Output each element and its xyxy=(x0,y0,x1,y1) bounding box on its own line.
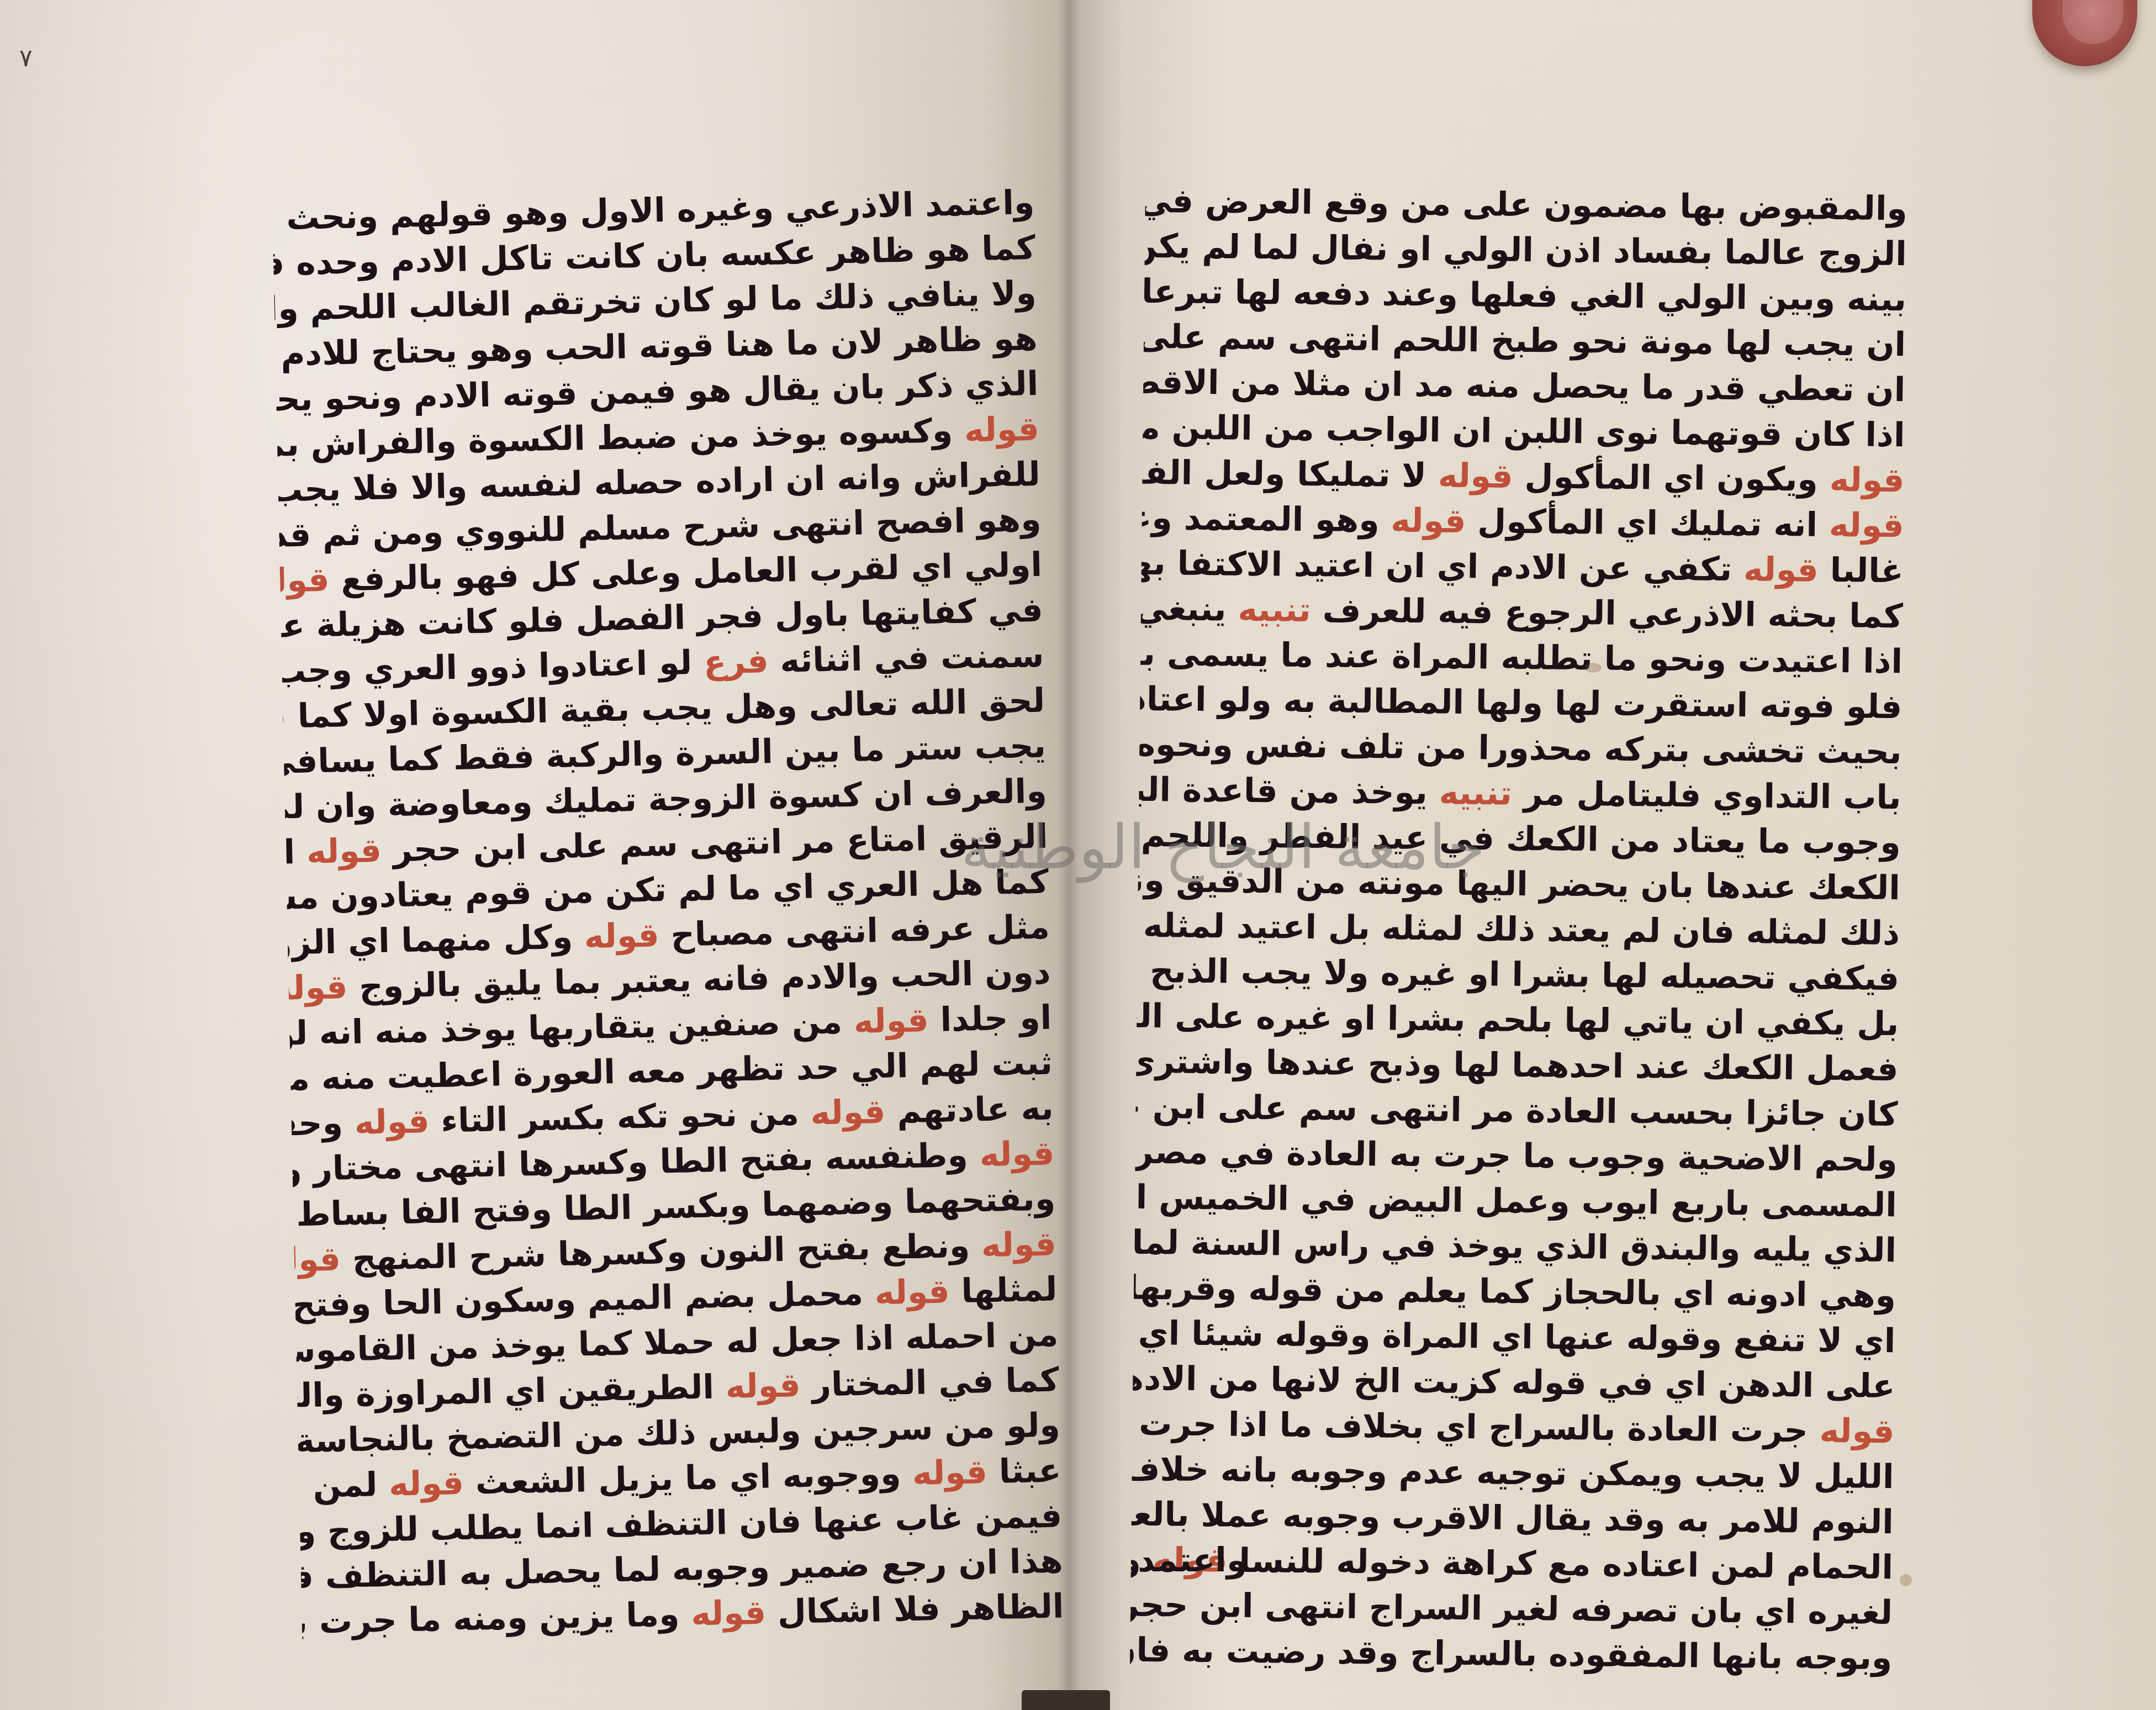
rubric-word: قوله xyxy=(1743,550,1819,589)
rubric-word: قوله xyxy=(1438,456,1513,495)
text-segment: الليل لا يجب ويمكن توجيه عدم وجوبه بانه … xyxy=(1132,1447,1894,1496)
text-segment: وهي ادونه اي بالحجاز كما يعلم من قوله وق… xyxy=(1134,1267,1896,1315)
text-line: فعمل الكعك عند احدهما لها وذبح عندها واش… xyxy=(1136,1039,1899,1092)
text-line: اي لا تنفع وقوله عنها اي المراة وقوله شي… xyxy=(1133,1311,1896,1364)
manuscript-spread: ٧ واعتمد الاذرعي وغيره الاول وهو قولهم و… xyxy=(0,0,2156,1710)
rubric-word: قوله xyxy=(1391,502,1466,541)
rubric-word: قوله xyxy=(388,1464,464,1504)
text-segment: كما بحثه الاذرعي الرجوع فيه للعرف xyxy=(1310,591,1903,636)
text-segment: لا تمليكا ولعل الفرق بينه وبين المأكول ت… xyxy=(1142,450,1438,495)
rubric-word: قوله xyxy=(294,1240,341,1280)
text-line: كما بحثه الاذرعي الرجوع فيه للعرف تنبيه … xyxy=(1141,586,1904,639)
text-line: ذلك لمثله فان لم يعتد ذلك لمثله بل اعتيد… xyxy=(1138,903,1900,956)
text-line: بل يكفي ان ياتي لها بلحم بشرا او غيره عل… xyxy=(1137,994,1899,1047)
text-segment: ولحم الاضحية وجوب ما جرت به العادة في مص… xyxy=(1135,1130,1898,1179)
rubric-word: قوله xyxy=(1819,1412,1895,1451)
text-segment: سمنت في اثنائه xyxy=(768,636,1044,680)
text-segment: وهو المعتمد وعليه فينبغي ان يملكها ما يك… xyxy=(1142,495,1391,540)
text-segment: اذا كان قوتهما نوى اللبن ان الواجب من ال… xyxy=(1143,405,1905,455)
text-segment: وما يزين ومنه ما جرت به العادة من استعما… xyxy=(302,1595,691,1645)
rubric-word: تنبيه xyxy=(1238,590,1311,630)
left-page-text: واعتمد الاذرعي وغيره الاول وهو قولهم ونح… xyxy=(272,180,1065,1645)
text-segment: وبوجه بانها المفقوده بالسراج وقد رضيت به… xyxy=(1130,1628,1893,1677)
text-line: اذا اعتيدت ونحو ما تطلبه المراة عند ما ي… xyxy=(1140,631,1903,684)
rubric-word: قوله xyxy=(306,831,382,872)
text-line: قوله ويكون اي المأكول قوله لا تمليكا ولع… xyxy=(1142,450,1905,503)
text-line: لغيره اي بان تصرفه لغير السراج انتهى ابن… xyxy=(1130,1582,1893,1635)
text-segment: انه تمليك اي المأكول xyxy=(1466,502,1829,545)
text-line: غالبا قوله تكفي عن الادم اي ان اعتيد الا… xyxy=(1141,541,1904,594)
text-segment: ان لا يعتاد اي المكعب ونحوه xyxy=(286,833,307,875)
text-segment: لمن غاب عنها بيانا مل وجهه xyxy=(299,1465,389,1509)
text-segment: بل يكفي ان ياتي لها بلحم بشرا او غيره عل… xyxy=(1137,994,1899,1043)
text-segment: وحفظه عليها اي وان فعلت بنفسها xyxy=(291,1104,355,1147)
text-segment: الحمام لمن اعتاده مع كراهة دخوله للنسا xyxy=(1227,1542,1893,1587)
text-segment: وكل منهما اي الزوجين xyxy=(287,917,584,964)
text-line: المسمى باربع ايوب وعمل البيض في الخميس ا… xyxy=(1134,1175,1897,1228)
text-segment: الذي يليه والبندق الذي يوخذ في راس السنة… xyxy=(1134,1221,1897,1270)
text-line: بينه وبين الولي الغي فعلها وعند دفعه لها… xyxy=(1144,269,1907,322)
text-segment: مثل عرفه انتهى مصباح xyxy=(659,908,1050,955)
text-line: فيكفي تحصيله لها بشرا او غيره ولا يجب ال… xyxy=(1137,948,1900,1001)
text-segment: النوم للامر به وقد يقال الاقرب وجوبه عمل… xyxy=(1131,1492,1894,1542)
rubric-word: قوله xyxy=(853,1001,929,1041)
left-page: ٧ واعتمد الاذرعي وغيره الاول وهو قولهم و… xyxy=(0,0,1069,1710)
text-line: قوله جرت العادة بالسراج اي بخلاف ما اذا … xyxy=(1132,1401,1895,1454)
text-segment: يوخذ من قاعدة الباب واناطته بالعادة xyxy=(1139,767,1439,812)
rubric-word: قوله xyxy=(288,968,348,1008)
text-segment: ويكون اي المأكول xyxy=(1513,457,1830,499)
text-segment: لغيره اي بان تصرفه لغير السراج انتهى ابن… xyxy=(1130,1582,1893,1632)
text-segment: تكفي عن الادم اي ان اعتيد الاكتفا بها عن… xyxy=(1141,542,1743,589)
rubric-word: فرع xyxy=(703,642,769,682)
text-segment: ان يجب لها مونة نحو طبخ اللحم انتهى سم ع… xyxy=(1144,316,1906,365)
text-segment: بحيث تخشى بتركه محذورا من تلف نفس ونحوه … xyxy=(1139,722,1902,772)
right-page-text: والمقبوض بها مضمون على من وقع العرض في ي… xyxy=(1130,178,1907,1681)
text-segment: اي لا تنفع وقوله عنها اي المراة وقوله شي… xyxy=(1133,1313,1896,1360)
text-line: ان يجب لها مونة نحو طبخ اللحم انتهى سم ع… xyxy=(1144,314,1906,367)
rubric-word: قوله xyxy=(810,1092,886,1133)
rubric-word: قوله xyxy=(725,1366,801,1406)
text-segment: ان تعطي قدر ما يحصل منه مد ان مثلا من ال… xyxy=(1143,360,1906,409)
text-segment: والمقبوض بها مضمون على من وقع العرض في ي… xyxy=(1145,178,1907,228)
text-line: كان جائزا بحسب العادة مر انتهى سم على اب… xyxy=(1135,1084,1898,1137)
text-line: فلو فوته استقرت لها ولها المطالبة به ولو… xyxy=(1140,677,1903,730)
text-segment: جرت العادة بالسراج اي بخلاف ما اذا جرت ع… xyxy=(1132,1401,1820,1450)
rubric-word: قوله xyxy=(979,1134,1055,1174)
text-segment: اذا اعتيدت ونحو ما تطلبه المراة عند ما ي… xyxy=(1140,631,1903,681)
rubric-word: قوله xyxy=(912,1453,987,1493)
text-line: الليل لا يجب ويمكن توجيه عدم وجوبه بانه … xyxy=(1132,1447,1894,1500)
rubric-word: قوله xyxy=(584,916,659,956)
text-segment: الظاهر فلا اشكال xyxy=(765,1587,1064,1632)
text-segment: او جلدا xyxy=(928,999,1052,1040)
folio-number: ٧ xyxy=(19,44,33,72)
text-line: وهي ادونه اي بالحجاز كما يعلم من قوله وق… xyxy=(1134,1265,1896,1318)
rubric-word: قوله xyxy=(1829,461,1905,500)
text-line: قوله انه تمليك اي المأكول قوله وهو المعت… xyxy=(1142,495,1904,548)
rubric-word: قوله xyxy=(279,561,330,601)
text-line: والمقبوض بها مضمون على من وقع العرض في ي… xyxy=(1145,178,1907,231)
text-segment: كما في المختار xyxy=(800,1360,1060,1405)
text-segment: فيكفي تحصيله لها بشرا او غيره ولا يجب ال… xyxy=(1137,948,1900,998)
binding-shadow xyxy=(1022,1690,1110,1710)
text-segment: لمثلها xyxy=(949,1270,1058,1311)
text-line: وبوجه بانها المفقوده بالسراج وقد رضيت به… xyxy=(1130,1628,1893,1681)
text-segment: لو اعتادوا ذوو العري وجب ستر العورة xyxy=(282,643,704,694)
rubric-word: قوله xyxy=(874,1272,950,1312)
text-segment: الزوج عالما بفساد اذن الولي او نفال لما … xyxy=(1144,224,1907,273)
text-segment: فعمل الكعك عند احدهما لها وذبح عندها واش… xyxy=(1136,1039,1899,1089)
text-segment: ينبغي ان يجب نحو القهوة xyxy=(1141,586,1238,629)
text-line: اذا كان قوتهما نوى اللبن ان الواجب من ال… xyxy=(1143,405,1905,458)
rubric-word: قوله xyxy=(1829,506,1905,545)
text-segment: فلو فوته استقرت لها ولها المطالبة به ولو… xyxy=(1140,677,1903,726)
text-line: الذي يليه والبندق الذي يوخذ في راس السنة… xyxy=(1134,1220,1897,1273)
text-segment: المسمى باربع ايوب وعمل البيض في الخميس ا… xyxy=(1134,1175,1897,1225)
text-line: بحيث تخشى بتركه محذورا من تلف نفس ونحوه … xyxy=(1139,722,1902,775)
text-segment: ووجوبه اي ما يزيل الشعث xyxy=(463,1454,913,1502)
text-line: ان تعطي قدر ما يحصل منه مد ان مثلا من ال… xyxy=(1143,360,1906,413)
rubric-word: قوله xyxy=(354,1102,430,1142)
text-line: الزوج عالما بفساد اذن الولي او نفال لما … xyxy=(1144,224,1907,277)
paper-stain xyxy=(1585,663,1602,673)
text-segment: به عادتهم xyxy=(885,1089,1054,1131)
text-segment: باب التداوي فليتامل مر xyxy=(1512,774,1901,817)
rubric-word: قوله xyxy=(981,1225,1056,1265)
rubric-word: تنبيه xyxy=(1439,773,1512,812)
text-segment: كان جائزا بحسب العادة مر انتهى سم على اب… xyxy=(1135,1084,1898,1134)
paper-stain xyxy=(1900,1574,1912,1586)
text-segment: عبثا xyxy=(987,1451,1061,1491)
text-segment: على الدهن اي في قوله كزيت الخ لانها من ا… xyxy=(1133,1359,1895,1406)
rubric-word: قوله xyxy=(964,410,1039,450)
text-segment: بينه وبين الولي الغي فعلها وعند دفعه لها… xyxy=(1144,271,1907,319)
text-segment: من نحو تكه بكسر التاء xyxy=(429,1094,811,1141)
watermark: جامعة النجاح الوطنية xyxy=(961,812,1485,883)
text-line: على الدهن اي في قوله كزيت الخ لانها من ا… xyxy=(1133,1356,1895,1409)
rubric-word: قوله xyxy=(690,1593,766,1634)
text-segment: ذلك لمثله فان لم يعتد ذلك لمثله بل اعتيد… xyxy=(1138,903,1900,953)
text-line: ولحم الاضحية وجوب ما جرت به العادة في مص… xyxy=(1135,1130,1898,1183)
catchword: واعتمد xyxy=(1138,1541,1247,1580)
text-line: النوم للامر به وقد يقال الاقرب وجوبه عمل… xyxy=(1131,1492,1894,1545)
text-segment: غالبا xyxy=(1819,551,1904,591)
